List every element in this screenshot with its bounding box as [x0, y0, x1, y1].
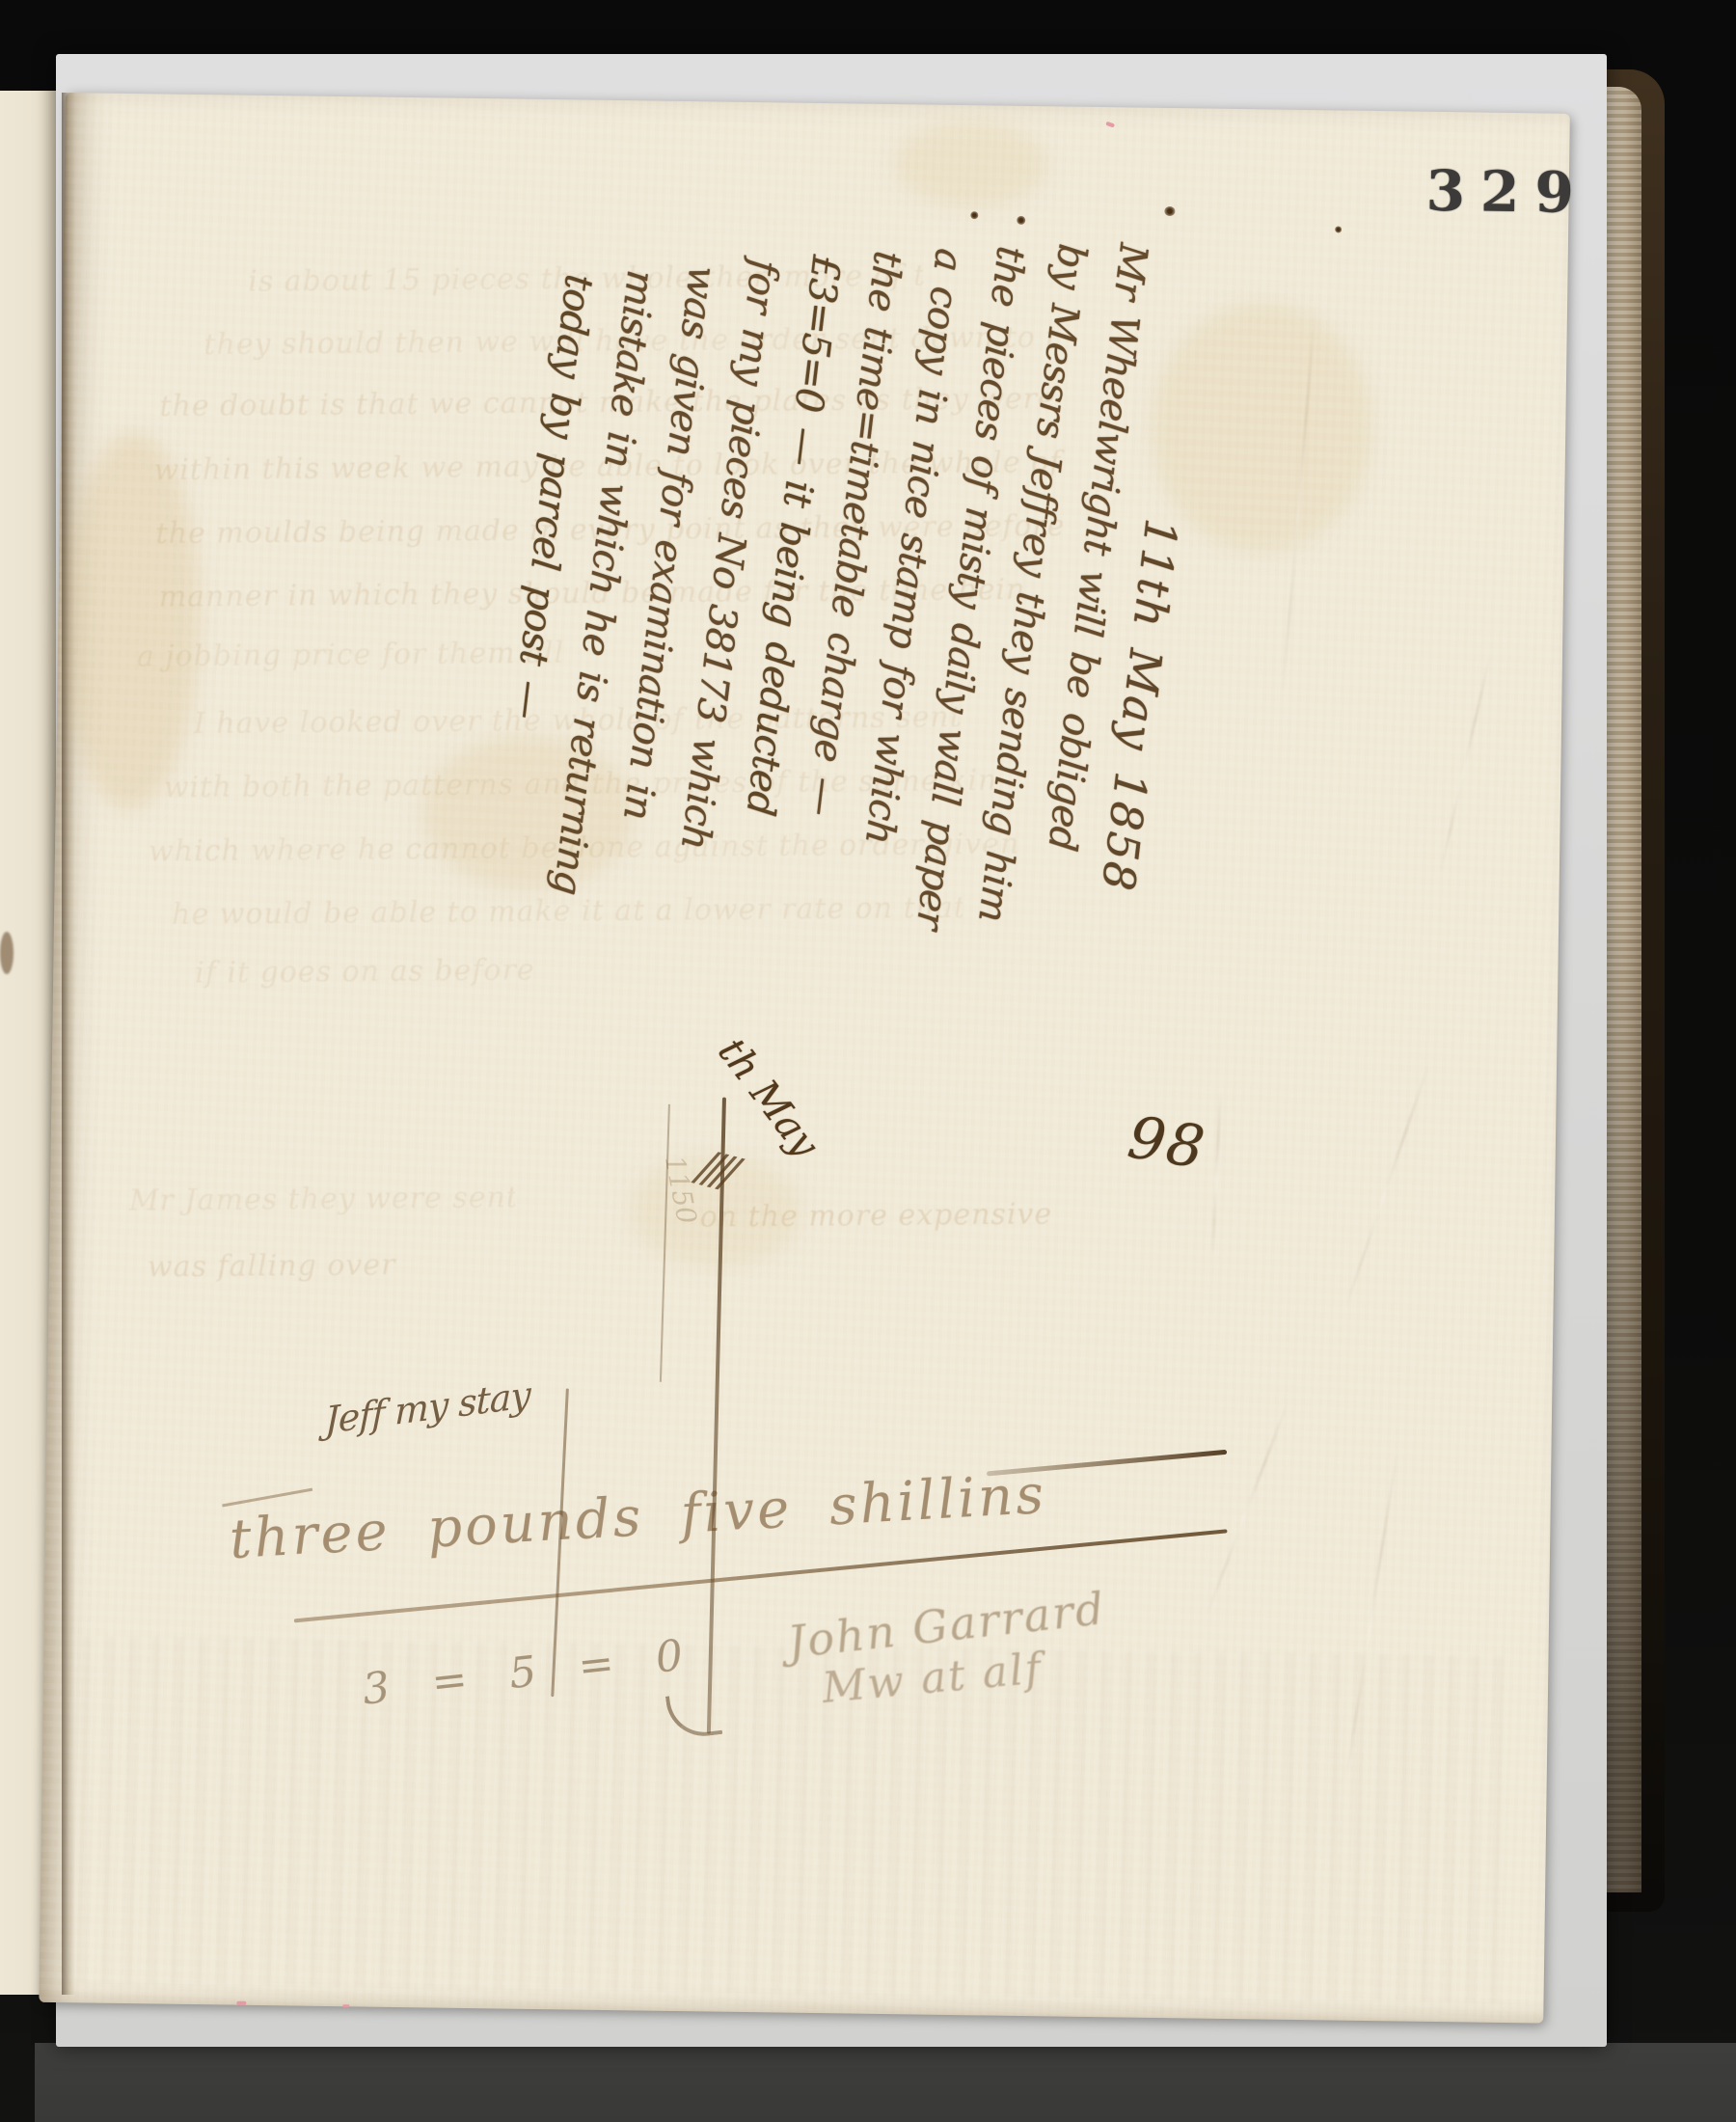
paper-crease	[1207, 1403, 1288, 1612]
book-gutter-shadow	[62, 93, 75, 1995]
paper-crease	[1345, 1065, 1429, 1308]
paper-striations	[78, 1636, 1510, 2003]
ink-spot	[970, 211, 978, 219]
manuscript-page: is about 15 pieces the whole then more o…	[39, 93, 1569, 2024]
page-stack-edge	[1605, 87, 1641, 1892]
ink-spot	[1017, 216, 1025, 225]
paper-crease	[1440, 655, 1491, 872]
bleed-through-line: Mr James they were sent	[129, 1181, 515, 1226]
number-annotation: 98	[1124, 1103, 1210, 1182]
pink-fleck	[1105, 122, 1115, 128]
ink-spot	[1335, 226, 1342, 232]
paper-stain	[893, 120, 1048, 208]
amount-in-words: three pounds five shillins	[228, 1463, 1047, 1571]
scribbled-note: Jeff my stay	[325, 1374, 530, 1442]
bleed-through-line: was falling over	[148, 1248, 408, 1292]
scanned-book-photograph: is about 15 pieces the whole then more o…	[0, 0, 1736, 2122]
ink-spot	[1164, 206, 1175, 216]
bleed-through-line: on the more expensive	[700, 1197, 1144, 1243]
rotated-memo-block: 11th May 1858 Mr Wheelwright will be obl…	[460, 175, 1224, 1040]
ink-smudge	[0, 932, 14, 974]
paper-crease	[1211, 1091, 1221, 1255]
page-number-stamp: 329	[1425, 158, 1589, 226]
scanner-background	[35, 2043, 1736, 2122]
pink-fleck	[342, 2004, 349, 2007]
horizontal-pen-stroke	[987, 1450, 1227, 1477]
pink-fleck	[236, 2001, 246, 2005]
